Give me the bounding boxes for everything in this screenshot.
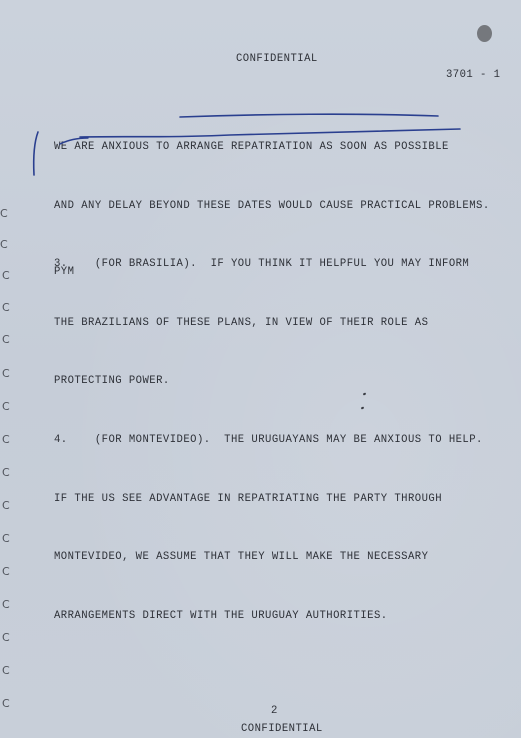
margin-bracket: [34, 132, 38, 175]
document-page: CONFIDENTIAL 3701 - 1 WE ARE ANXIOUS TO …: [0, 0, 521, 738]
underline-2: [80, 129, 460, 137]
underline-3: [60, 138, 88, 144]
ink-annotations: [0, 0, 521, 738]
underline-1: [180, 114, 438, 117]
